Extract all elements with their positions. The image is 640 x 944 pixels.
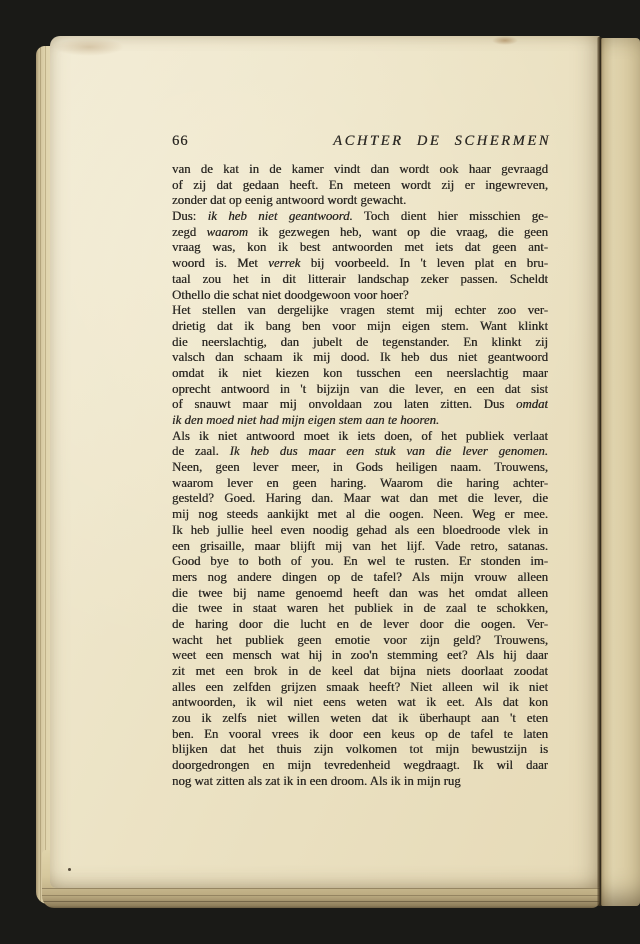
text-line: of zij dat gedaan heeft. En meteen wordt… [172, 178, 548, 194]
book-page: 66 ACHTER DE SCHERMEN van de kat in de k… [50, 36, 600, 888]
text-line: die twee in staat waren het publiek in d… [172, 601, 548, 617]
text-line: blijken dat het thuis zijn volkomen tot … [172, 742, 548, 758]
text-line: Dus: ik heb niet geantwoord. Toch dient … [172, 209, 548, 225]
text-line: alles een zelfden grijzen smaak heeft? N… [172, 680, 548, 696]
text-line: oprecht antwoord in 't bijzijn van die l… [172, 382, 548, 398]
adjacent-page-edge [601, 38, 640, 906]
scanned-book-photo: { "page": { "number": "66", "running_tit… [0, 0, 640, 944]
text-line: Othello die schat niet doodgewoon voor h… [172, 288, 548, 304]
text-line: die twee bij name genoemd heeft dan was … [172, 586, 548, 602]
text-line: wacht het publiek geen emotie voor zijn … [172, 633, 548, 649]
text-line: ik den moed niet had mijn eigen stem aan… [172, 413, 548, 429]
text-line: mij nog steeds aankijkt met al die oogen… [172, 507, 548, 523]
running-header: 66 ACHTER DE SCHERMEN [172, 133, 548, 151]
text-line: die neerslachtig, dan jubelt de tegensta… [172, 335, 548, 351]
paper-stain [492, 36, 518, 45]
text-line: nog wat zitten als zat ik in een droom. … [172, 774, 548, 790]
text-line: Neen, geen lever meer, in Gods heiligen … [172, 460, 548, 476]
text-line: ben. En vooral vrees ik door een keus op… [172, 727, 548, 743]
running-title: ACHTER DE SCHERMEN [333, 133, 551, 150]
text-line: Als ik niet antwoord moet ik iets doen, … [172, 429, 548, 445]
paper-speck [68, 868, 71, 871]
text-line: zegd waarom ik gezwegen heb, want op die… [172, 225, 548, 241]
body-text: van de kat in de kamer vindt dan wordt o… [172, 162, 548, 790]
text-line: valsch dan schaam ik mij dood. Ik heb du… [172, 350, 548, 366]
text-line: van de kat in de kamer vindt dan wordt o… [172, 162, 548, 178]
text-line: zou ik zelfs niet willen weten dat ik üb… [172, 711, 548, 727]
text-line: zonder dat op eenig antwoord wordt gewac… [172, 193, 548, 209]
gutter-crease [597, 37, 602, 906]
text-line: of snauwt maar mij onvoldaan zou laten z… [172, 397, 548, 413]
text-line: woord is. Met verrek bij voorbeeld. In '… [172, 256, 548, 272]
text-line: Good bye to both of you. En wel te ruste… [172, 554, 548, 570]
text-line: gesteld? Goed. Haring dan. Maar wat dan … [172, 491, 548, 507]
text-line: de haring door die lucht en de lever doo… [172, 617, 548, 633]
text-line: Ik heb jullie heel even noodig gehad als… [172, 523, 548, 539]
page-number: 66 [172, 133, 189, 150]
text-line: taal zou het in dit litterair landschap … [172, 272, 548, 288]
text-line: Het stellen van dergelijke vragen stemt … [172, 303, 548, 319]
text-line: weet een mensch wat hij in zoo'n stemmin… [172, 648, 548, 664]
text-line: de zaal. Ik heb dus maar een stuk van di… [172, 444, 548, 460]
text-line: mers nog andere dingen op de tafel? Als … [172, 570, 548, 586]
text-line: drietig dat ik bang ben voor mijn eigen … [172, 319, 548, 335]
text-line: een grisaille, maar blijft mij van het l… [172, 539, 548, 555]
text-line: doorgedrongen en mijn tevredenheid wegdr… [172, 758, 548, 774]
text-line: zit met een brok in de keel dat bijna ni… [172, 664, 548, 680]
text-line: vraag was, kon ik best antwoorden met ie… [172, 240, 548, 256]
text-column: 66 ACHTER DE SCHERMEN van de kat in de k… [172, 133, 548, 790]
text-line: waarom lever en geen haring. Waarom die … [172, 476, 548, 492]
paper-stain [54, 38, 124, 56]
text-line: omdat ik niet kiezen kon tusschen een ne… [172, 366, 548, 382]
text-line: antwoorden, ik wil niet eens weten wat i… [172, 695, 548, 711]
